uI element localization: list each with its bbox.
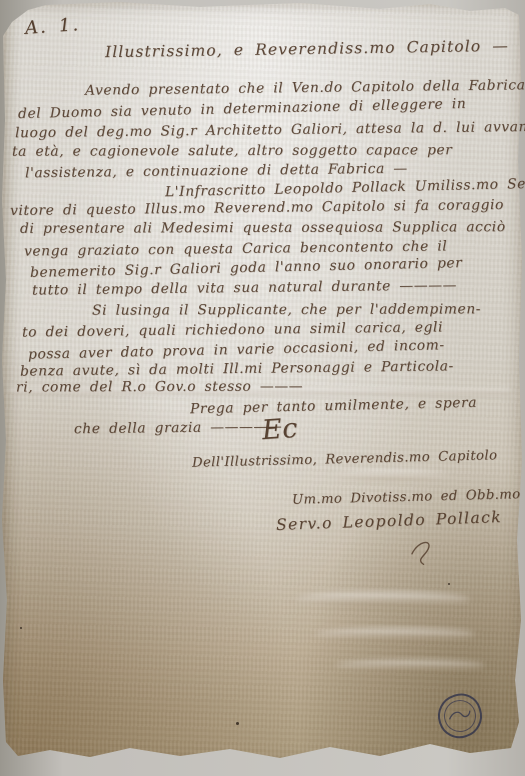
manuscript-line: ta età, e cagionevole salute, altro sogg…: [12, 142, 453, 160]
manuscript-line: ri, come del R.o Gov.o stesso ———: [16, 378, 303, 395]
archive-mark: A. 1.: [24, 14, 80, 39]
photo-background: A. 1. Illustrissimo, e Reverendiss.mo Ca…: [0, 0, 525, 776]
wrinkle-crease: [295, 592, 470, 606]
etcetera-flourish: Ec: [261, 413, 299, 446]
ink-speck: [448, 583, 450, 585]
ink-speck: [236, 722, 239, 725]
pen-flourish-icon: [406, 536, 444, 570]
manuscript-line: che della grazia —————: [74, 419, 282, 438]
manuscript-line: Si lusinga il Supplicante, che per l'add…: [92, 301, 481, 318]
wrinkle-crease: [335, 660, 485, 670]
wrinkle-crease: [315, 628, 475, 640]
wrinkle-crease: [330, 470, 450, 480]
ink-speck: [20, 627, 22, 629]
manuscript-line: di presentare ali Medesimi questa ossequ…: [20, 219, 506, 237]
